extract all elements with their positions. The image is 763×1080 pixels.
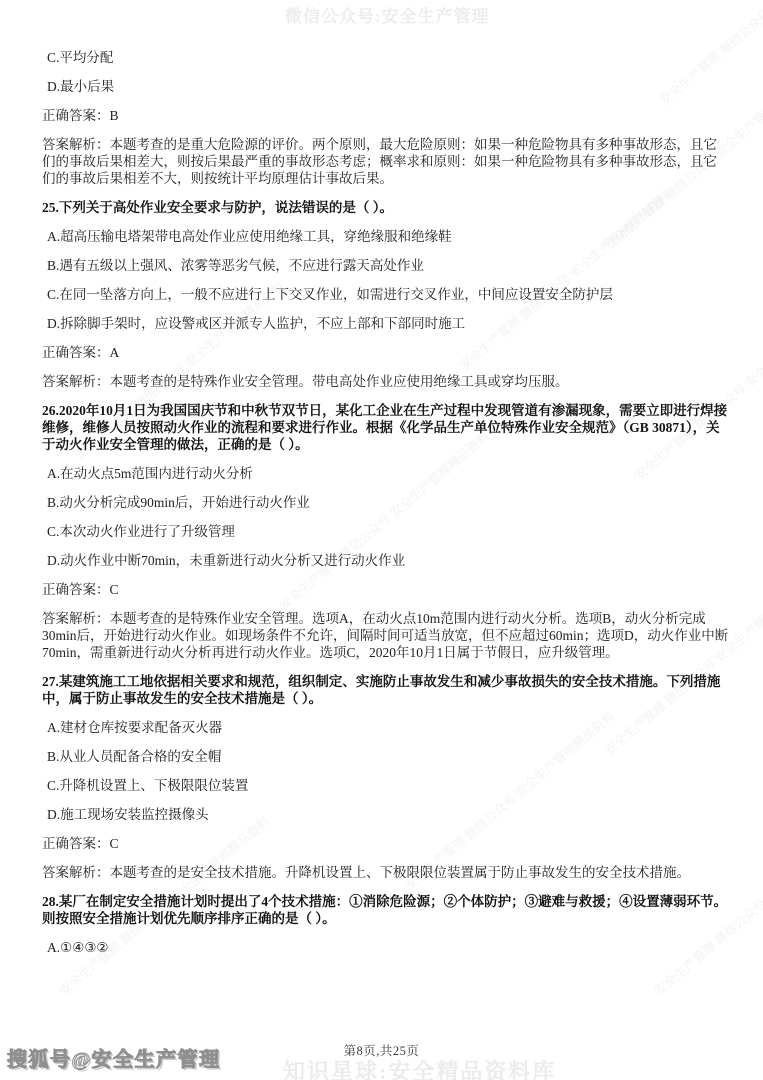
q26-option-d: D.动火作业中断70min，未重新进行动火分析又进行动火作业 [42, 552, 730, 569]
q25-option-b: B.遇有五级以上强风、浓雾等恶劣气候，不应进行露天高处作业 [42, 257, 730, 274]
q25-option-a: A.超高压输电塔架带电高处作业应使用绝缘工具，穿绝缘服和绝缘鞋 [42, 228, 730, 245]
q28-title: 28.某厂在制定安全措施计划时提出了4个技术措施：①消除危险源；②个体防护；③避… [42, 893, 730, 927]
q26-option-c: C.本次动火作业进行了升级管理 [42, 523, 730, 540]
q27-option-b: B.从业人员配备合格的安全帽 [42, 748, 730, 765]
q28-option-a: A.①④③② [42, 939, 730, 956]
exam-content: C.平均分配 D.最小后果 正确答案：B 答案解析：本题考查的是重大危险源的评价… [42, 49, 730, 968]
q25-option-c: C.在同一坠落方向上，一般不应进行上下交叉作业，如需进行交叉作业，中间应设置安全… [42, 286, 730, 303]
watermark-sohu: 搜狐号@安全生产管理 [7, 1043, 221, 1072]
q26-title: 26.2020年10月1日为我国国庆节和中秋节双节日，某化工企业在生产过程中发现… [42, 402, 730, 453]
q27-title: 27.某建筑施工工地依据相关要求和规范，组织制定、实施防止事故发生和减少事故损失… [42, 673, 730, 707]
q26-option-a: A.在动火点5m范围内进行动火分析 [42, 465, 730, 482]
q25-analysis: 答案解析：本题考查的是特殊作业安全管理。带电高处作业应使用绝缘工具或穿均压服。 [42, 373, 730, 390]
q26-option-b: B.动火分析完成90min后，开始进行动火作业 [42, 494, 730, 511]
q26-analysis: 答案解析：本题考查的是特殊作业安全管理。选项A，在动火点10m范围内进行动火分析… [42, 610, 730, 661]
q24-correct-answer: 正确答案：B [42, 107, 730, 124]
q24-option-d: D.最小后果 [42, 78, 730, 95]
q24-option-c: C.平均分配 [42, 49, 730, 66]
watermark-zhishixingqiu: 知识星球:安全精品资料库 [283, 1055, 556, 1080]
q25-option-d: D.拆除脚手架时，应设警戒区并派专人监护，不应上部和下部同时施工 [42, 315, 730, 332]
q27-option-c: C.升降机设置上、下极限限位装置 [42, 777, 730, 794]
q24-analysis: 答案解析：本题考查的是重大危险源的评价。两个原则，最大危险原则：如果一种危险物具… [42, 136, 730, 187]
q26-correct-answer: 正确答案：C [42, 581, 730, 598]
q27-option-a: A.建材仓库按要求配备灭火器 [42, 719, 730, 736]
watermark-wechat-top: 微信公众号:安全生产管理 [285, 2, 490, 27]
q27-analysis: 答案解析：本题考查的是安全技术措施。升降机设置上、下极限限位装置属于防止事故发生… [42, 864, 730, 881]
q25-title: 25.下列关于高处作业安全要求与防护，说法错误的是（ ）。 [42, 199, 730, 216]
q25-correct-answer: 正确答案：A [42, 344, 730, 361]
document-page: { "watermarks": { "top": "微信公众号:安全生产管理",… [0, 0, 763, 1080]
q27-correct-answer: 正确答案：C [42, 835, 730, 852]
q27-option-d: D.施工现场安装监控摄像头 [42, 806, 730, 823]
